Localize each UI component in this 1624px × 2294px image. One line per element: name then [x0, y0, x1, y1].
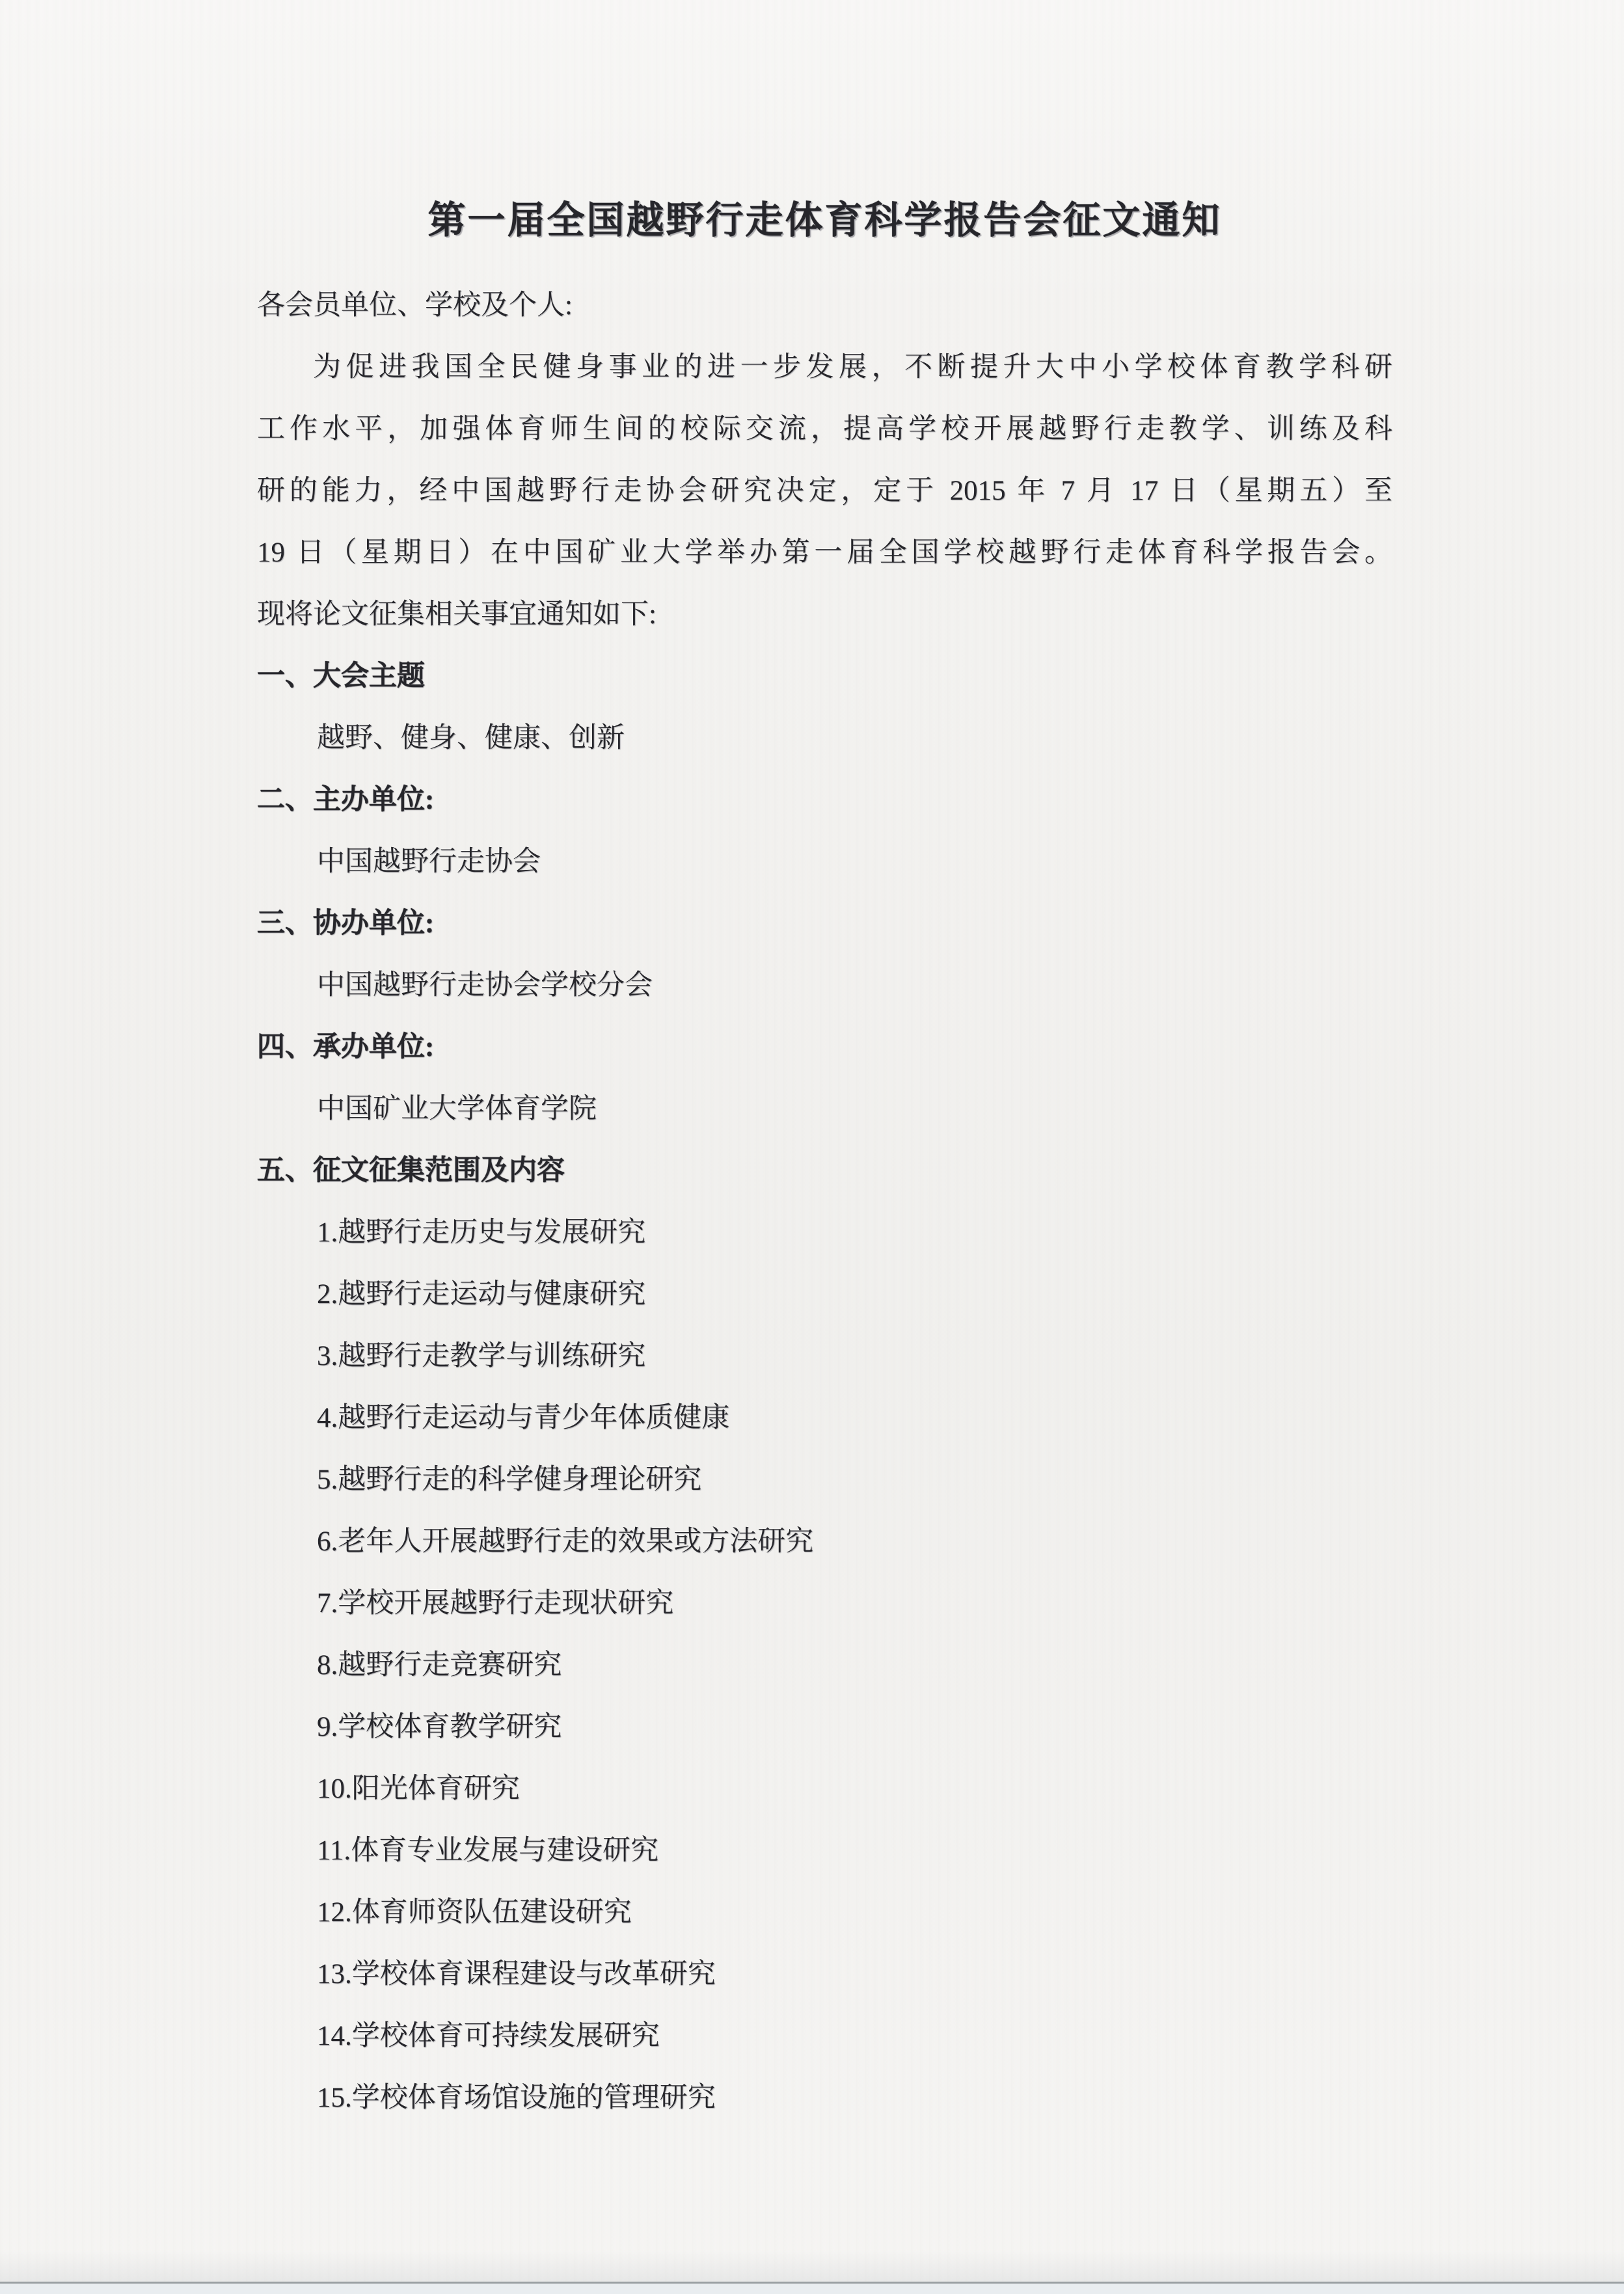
section-item: 12.体育师资队伍建设研究 [257, 1882, 1392, 1943]
section-item: 10.阳光体育研究 [257, 1758, 1392, 1820]
section-item: 9.学校体育教学研究 [257, 1696, 1392, 1758]
document-title: 第一届全国越野行走体育科学报告会征文通知 [257, 193, 1392, 249]
section-item: 8.越野行走竞赛研究 [257, 1634, 1392, 1696]
section-item: 1.越野行走历史与发展研究 [257, 1202, 1392, 1263]
section-item: 11.体育专业发展与建设研究 [257, 1820, 1392, 1882]
scan-bottom-shadow [0, 2251, 1624, 2282]
section-item: 14.学校体育可持续发展研究 [257, 2005, 1392, 2067]
section-item: 中国矿业大学体育学院 [257, 1078, 1392, 1140]
section-item: 7.学校开展越野行走现状研究 [257, 1572, 1392, 1634]
section-item: 5.越野行走的科学健身理论研究 [257, 1449, 1392, 1511]
section-heading: 五、征文征集范围及内容 [257, 1140, 1392, 1202]
section-heading: 一、大会主题 [257, 645, 1392, 707]
scan-edge [0, 2282, 1624, 2294]
section-item: 中国越野行走协会学校分会 [257, 954, 1392, 1016]
section-item: 越野、健身、健康、创新 [257, 707, 1392, 769]
section-heading: 二、主办单位: [257, 769, 1392, 831]
section-item: 中国越野行走协会 [257, 831, 1392, 893]
section-item: 6.老年人开展越野行走的效果或方法研究 [257, 1511, 1392, 1572]
section-heading: 三、协办单位: [257, 893, 1392, 954]
scanned-page: 第一届全国越野行走体育科学报告会征文通知 各会员单位、学校及个人: 为促进我国全… [0, 0, 1624, 2294]
intro-line: 工作水平，加强体育师生间的校际交流，提高学校开展越野行走教学、训练及科 [257, 398, 1392, 460]
section-heading: 四、承办单位: [257, 1016, 1392, 1078]
intro-line: 19 日（星期日）在中国矿业大学举办第一届全国学校越野行走体育科学报告会。 [257, 522, 1392, 584]
sections: 一、大会主题越野、健身、健康、创新二、主办单位:中国越野行走协会三、协办单位:中… [257, 645, 1392, 2129]
intro-line: 现将论文征集相关事宜通知如下: [257, 584, 1392, 645]
section-item: 15.学校体育场馆设施的管理研究 [257, 2067, 1392, 2129]
intro-paragraph: 为促进我国全民健身事业的进一步发展，不断提升大中小学校体育教学科研工作水平，加强… [257, 336, 1392, 645]
intro-line: 研的能力，经中国越野行走协会研究决定，定于 2015 年 7 月 17 日（星期… [257, 460, 1392, 522]
section-item: 3.越野行走教学与训练研究 [257, 1325, 1392, 1387]
section-item: 4.越野行走运动与青少年体质健康 [257, 1387, 1392, 1449]
salutation-line: 各会员单位、学校及个人: [257, 275, 1392, 336]
document-content: 第一届全国越野行走体育科学报告会征文通知 各会员单位、学校及个人: 为促进我国全… [257, 193, 1392, 2129]
section-item: 2.越野行走运动与健康研究 [257, 1263, 1392, 1325]
intro-line: 为促进我国全民健身事业的进一步发展，不断提升大中小学校体育教学科研 [257, 336, 1392, 398]
section-item: 13.学校体育课程建设与改革研究 [257, 1943, 1392, 2005]
